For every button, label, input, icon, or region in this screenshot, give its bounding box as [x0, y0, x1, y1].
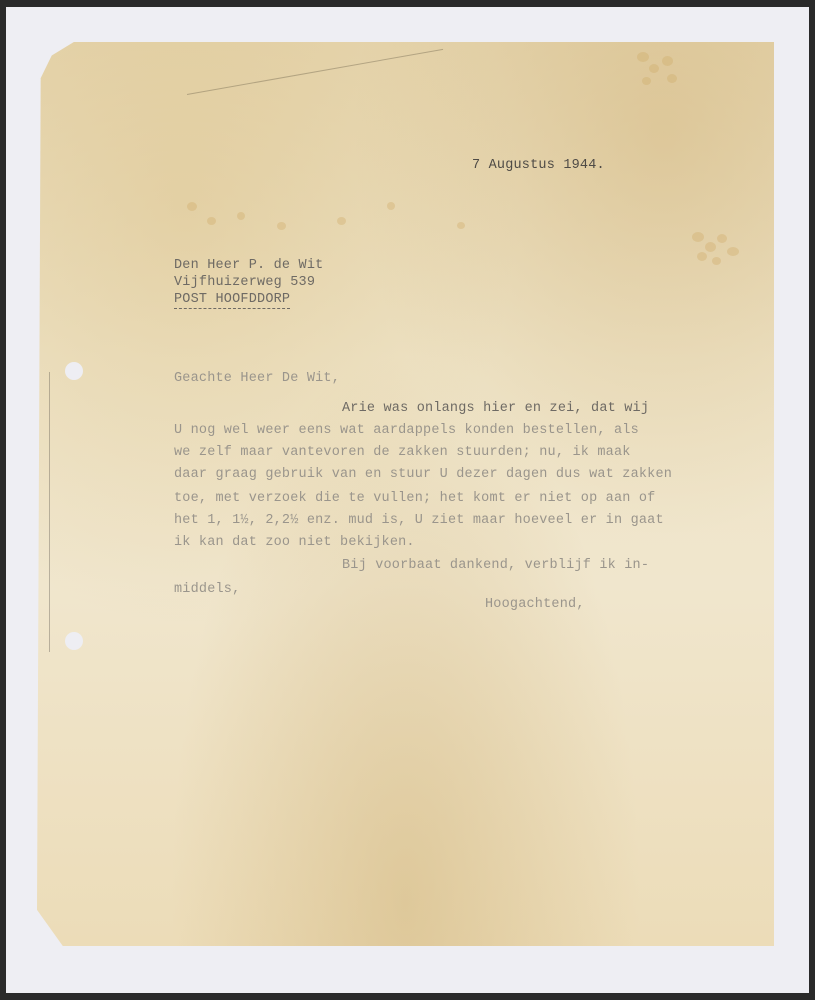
- sign-off: Hoogachtend,: [485, 597, 585, 612]
- body-line: ik kan dat zoo niet bekijken.: [174, 535, 415, 550]
- crease-line: [187, 49, 443, 95]
- letter-date: 7 Augustus 1944.: [472, 158, 605, 173]
- closing-line: Bij voorbaat dankend, verblijf ik in-: [342, 558, 649, 573]
- pencil-mark: [49, 372, 50, 652]
- body-line: Arie was onlangs hier en zei, dat wij: [342, 401, 649, 416]
- body-line: daar graag gebruik van en stuur U dezer …: [174, 467, 672, 482]
- body-line: we zelf maar vantevoren de zakken stuurd…: [174, 445, 631, 460]
- punch-hole: [65, 362, 83, 380]
- recipient-street: Vijfhuizerweg 539: [174, 275, 315, 290]
- letter-page: 7 Augustus 1944. Den Heer P. de Wit Vijf…: [37, 42, 774, 946]
- closing-line: middels,: [174, 582, 240, 597]
- salutation: Geachte Heer De Wit,: [174, 371, 340, 386]
- body-line: U nog wel weer eens wat aardappels konde…: [174, 423, 639, 438]
- punch-hole: [65, 632, 83, 650]
- recipient-name: Den Heer P. de Wit: [174, 258, 323, 273]
- recipient-city: POST HOOFDDORP: [174, 292, 290, 309]
- body-line: het 1, 1½, 2,2½ enz. mud is, U ziet maar…: [174, 513, 664, 528]
- body-line: toe, met verzoek die te vullen; het komt…: [174, 491, 655, 506]
